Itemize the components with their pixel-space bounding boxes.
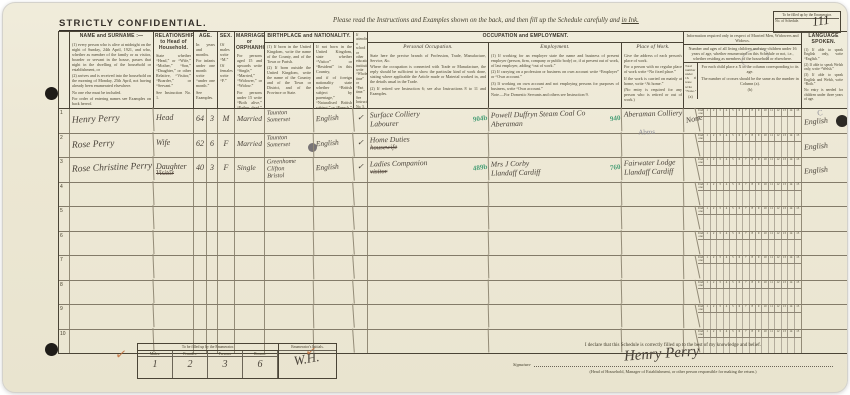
- relationship-cell: [154, 183, 194, 207]
- checker-tick-left: ✓: [114, 346, 128, 364]
- header-personal-occupation: Personal Occupation. State here the prec…: [368, 43, 489, 108]
- header-education-fineprint: If attending a school or other education…: [354, 32, 367, 108]
- age-grid-labels: Under one123456789101112131415: [698, 232, 801, 240]
- relationship-cell: [154, 305, 194, 329]
- table-row: 9: [59, 305, 847, 330]
- age-months-cell: [207, 256, 218, 280]
- table-row: 4: [59, 183, 847, 208]
- text-line: Aberaman: [491, 117, 619, 129]
- place-of-work-cell: [622, 133, 685, 158]
- education-tick-cell: [354, 281, 368, 305]
- schedule-number-value: 111: [811, 12, 831, 30]
- occupation-cell: [368, 181, 490, 208]
- relationship-cell: Daughter Visitor: [154, 158, 194, 182]
- employment-cell: [489, 230, 623, 257]
- age-grid-cell: [795, 117, 801, 133]
- header-age-fineprint: In years and months.For infants under on…: [194, 41, 217, 102]
- header-birthplace-right: If not born in the United Kingdom, state…: [314, 43, 354, 108]
- sex-cell: F: [218, 158, 235, 182]
- text-line: Of females write “F.”: [220, 63, 232, 83]
- place-of-work-cell: [622, 182, 685, 207]
- place-of-work-cell: Fairwater LodgeLlandaff Cardiff: [622, 157, 685, 182]
- employment-value: Powell Duffryn Steam Coal CoAberaman: [491, 108, 619, 129]
- text-line: (No entry is required for any person who…: [624, 87, 682, 102]
- declaration-block: I declare that this Schedule is correctl…: [513, 343, 833, 374]
- children-age-grid: Under one123456789101112131415: [698, 109, 802, 133]
- header-sex-fineprint: Of males write “M.”Of females write “F.”: [218, 41, 234, 86]
- header-personal-occupation-fineprint: State here the precise branch of Profess…: [368, 52, 488, 98]
- language-cell: [801, 303, 846, 330]
- marriage-cell: [235, 183, 265, 207]
- sex-cell: [218, 281, 235, 305]
- header-dependency-info: Information required only in respect of …: [684, 32, 801, 45]
- nationality-cell: [313, 230, 355, 256]
- enumerator-count-value: 3: [208, 357, 243, 378]
- age-grid-cells: [698, 289, 801, 305]
- header-dependency-each1: For each child place a X in the column c…: [698, 63, 802, 75]
- employment-code: 940: [609, 114, 620, 123]
- occupation-cell: [368, 328, 490, 355]
- employment-cell: [489, 205, 623, 232]
- header-rownum: [59, 32, 70, 108]
- language-cell: [801, 254, 846, 281]
- marriage-cell: Married: [235, 134, 265, 158]
- relationship-value: Head: [156, 113, 173, 122]
- age-months-cell: 6: [207, 134, 218, 158]
- ink-instruction-ink: in Ink.: [622, 17, 639, 24]
- header-personal-occupation-title: Personal Occupation.: [368, 43, 488, 52]
- name-cell: [70, 279, 155, 306]
- place-of-work-cell: [622, 280, 685, 305]
- header-language-title: LANGUAGE SPOKEN.: [802, 32, 845, 47]
- confidential-heading: STRICTLY CONFIDENTIAL.: [59, 13, 207, 31]
- header-name-fineprint: (1) every person who is alive at midnigh…: [70, 41, 153, 108]
- age-grid-cells: [698, 240, 801, 256]
- nationality-cell: [313, 255, 355, 281]
- text-line: State whether “Head,” or “Wife,” “Mother…: [156, 53, 191, 88]
- sex-cell: [218, 305, 235, 329]
- age-grid-labels: Under one123456789101112131415: [698, 109, 801, 117]
- row-number: 6: [59, 232, 70, 256]
- header-dependency-each2: The number of crosses should be the same…: [698, 75, 802, 87]
- enumerator-initials-value: W.H.: [277, 346, 338, 382]
- employment-cell: [489, 132, 623, 159]
- text-line: Where the occupation is connected with T…: [370, 64, 486, 84]
- age-grid-label: 15: [795, 134, 801, 141]
- text-line: For a person with no regular place of wo…: [624, 64, 682, 74]
- text-line: (1) every person who is alive at midnigh…: [72, 42, 151, 72]
- table-row: 2 Rose Perry Wife 62 6 F Married Taunton…: [59, 134, 847, 159]
- language-cell: English: [801, 156, 846, 183]
- relationship-cell: [154, 207, 194, 231]
- language-cell: [801, 279, 846, 306]
- signature-line: Henry Perry: [534, 354, 833, 367]
- children-age-grid: Under one123456789101112131415: [698, 207, 802, 231]
- header-sex-title: SEX.: [218, 32, 234, 41]
- table-row: 5: [59, 207, 847, 232]
- text-line: For persons under 15 write “Both alive,”…: [237, 90, 262, 108]
- education-tick-cell: ✓: [354, 158, 368, 182]
- text-line: In years and months.: [196, 42, 215, 57]
- language-cell: [801, 230, 846, 257]
- age-months-cell: [207, 207, 218, 231]
- age-years-cell: [194, 281, 207, 305]
- sex-cell: [218, 183, 235, 207]
- age-months-cell: [207, 281, 218, 305]
- education-tick-cell: ✓: [354, 134, 368, 158]
- row-number: 10: [59, 330, 70, 354]
- children-age-grid: Under one123456789101112131415: [698, 305, 802, 329]
- employment-cell: [489, 181, 623, 208]
- row-number: 4: [59, 183, 70, 207]
- row-number: 7: [59, 256, 70, 280]
- nationality-cell: [313, 279, 355, 305]
- row-number: 8: [59, 281, 70, 305]
- age-months-cell: 3: [207, 109, 218, 133]
- text-line: (3) If able to speak English and Welsh, …: [804, 73, 843, 87]
- sex-cell: [218, 256, 235, 280]
- place-of-work-value: Aberaman Colliery: [624, 109, 681, 119]
- marriage-cell: [235, 232, 265, 256]
- header-language: LANGUAGE SPOKEN. (1) If able to speak En…: [802, 32, 845, 108]
- signature-row: Signature Henry Perry: [513, 354, 833, 367]
- screenshot-root: { "header": { "confidential": "STRICTLY …: [0, 0, 850, 395]
- enumerator-count-values: 1236: [138, 357, 278, 378]
- name-cell: [70, 303, 155, 330]
- name-cell: Henry Perry: [70, 107, 155, 134]
- occupation-cell: Home Duties housewife: [368, 132, 490, 159]
- children-age-grid: Under one123456789101112131415: [698, 158, 802, 182]
- age-grid-label: 15: [795, 281, 801, 288]
- employment-value: Mrs J CorbyLlandaff Cardiff: [491, 157, 619, 178]
- enumerator-counts: To be filled up by the Enumerator. Males…: [138, 344, 279, 378]
- age-grid-cells: [698, 313, 801, 329]
- header-place-of-work-fineprint: Give the address of each person's place …: [622, 52, 684, 105]
- employment-cell: [489, 303, 623, 330]
- birthplace-cell: [265, 280, 315, 305]
- text-line: See Examples.: [196, 90, 215, 100]
- language-cell: [801, 205, 846, 232]
- header-birthplace-title: BIRTHPLACE and NATIONALITY.: [265, 32, 353, 43]
- relationship-struck: Visitor: [156, 170, 191, 177]
- header-occupation-title: OCCUPATION and EMPLOYMENT.: [368, 32, 683, 43]
- occupation-cell: [368, 303, 490, 330]
- nationality-cell: English: [313, 108, 355, 134]
- occupation-cell: [368, 254, 490, 281]
- birthplace-cell: [265, 255, 315, 280]
- header-age: AGE. In years and months.For infants und…: [194, 32, 218, 108]
- census-schedule-scan: STRICTLY CONFIDENTIAL. Please read the I…: [2, 2, 848, 393]
- text-line: Of males write “M.”: [220, 42, 232, 62]
- name-cell: [70, 254, 155, 281]
- row-number: 3: [59, 158, 70, 182]
- confidential-label: STRICTLY CONFIDENTIAL.: [59, 18, 207, 32]
- education-tick-cell: [354, 232, 368, 256]
- table-header: NAME and SURNAME :— (1) every person who…: [59, 32, 847, 109]
- age-months-cell: 3: [207, 158, 218, 182]
- age-grid-labels: Under one123456789101112131415: [698, 207, 801, 215]
- row-number: 9: [59, 305, 70, 329]
- ink-instruction-main: Please read the Instructions and Example…: [333, 17, 622, 24]
- text-line: See Instruction No. 1.: [156, 90, 191, 100]
- nationality-cell: English: [313, 157, 355, 183]
- birthplace-cell: TauntonSomerset: [265, 133, 315, 158]
- enumerator-initials-box: Enumerator's Initials. W.H.: [279, 344, 336, 378]
- education-tick-cell: [354, 256, 368, 280]
- language-value: English: [804, 165, 829, 176]
- age-grid-cells: [698, 215, 801, 231]
- place-of-work-cell: [622, 255, 685, 280]
- text-line: Llandaff Cardiff: [491, 166, 619, 178]
- text-line: State here the precise branch of Profess…: [370, 53, 486, 63]
- age-years-cell: 40: [194, 158, 207, 182]
- sex-cell: [218, 232, 235, 256]
- age-grid-cell: [795, 313, 801, 329]
- occupation-cell: Ladies Companion visitor 489b: [368, 156, 490, 183]
- education-tick-cell: [354, 330, 368, 354]
- text-line: Llandaff Cardiff: [624, 167, 681, 177]
- header-occupation-group: OCCUPATION and EMPLOYMENT. Personal Occu…: [368, 32, 684, 108]
- schedule-number-box: To be filled up by the Enumerator. No. o…: [773, 11, 841, 33]
- header-marriage-title: MARRIAGE or ORPHANHOOD.: [235, 32, 264, 52]
- birthplace-cell: GreenhomeCliftonBristol: [265, 157, 315, 182]
- text-line: See Instruction No. 5.: [356, 96, 365, 108]
- age-grid-cell: [795, 166, 801, 182]
- age-grid-cell: [795, 240, 801, 256]
- header-dependency-total: Total number under 16. If none write “No…: [684, 63, 698, 99]
- age-grid-cells: [698, 191, 801, 207]
- header-name-title: NAME and SURNAME :—: [70, 32, 153, 41]
- age-years-cell: 64: [194, 109, 207, 133]
- children-age-grid: Under one123456789101112131415: [698, 256, 802, 280]
- age-grid-labels: Under one123456789101112131415: [698, 281, 801, 289]
- age-grid-cells: [698, 166, 801, 182]
- text-line: For persons aged 15 and upwards write “S…: [237, 53, 262, 88]
- table-body: 1 Henry Perry Head 64 3 M Married Taunto…: [59, 109, 847, 353]
- text-line: For order of entering names see Examples…: [72, 96, 151, 106]
- age-grid-cell: [795, 142, 801, 158]
- header-dependency-b: (b): [698, 87, 802, 92]
- text-line: (2) If retired see Instruction 6; see al…: [370, 86, 486, 96]
- birthplace-cell: TauntonSomerset: [265, 108, 315, 133]
- education-tick-cell: ✓: [354, 109, 368, 133]
- header-place-of-work-title: Place of Work.: [622, 43, 684, 52]
- header-birthplace: BIRTHPLACE and NATIONALITY. (1) If born …: [265, 32, 354, 108]
- text-line: Note.—For Domestic Servants and others s…: [491, 92, 619, 97]
- table-row: 3 Rose Christine Perry Daughter Visitor …: [59, 158, 847, 183]
- schedule-table: NAME and SURNAME :— (1) every person who…: [58, 31, 848, 354]
- occupation-cell: [368, 230, 490, 257]
- header-relationship-fineprint: State whether “Head,” or “Wife,” “Mother…: [154, 52, 193, 102]
- age-grid-labels: Under one123456789101112131415: [698, 183, 801, 191]
- header-marriage: MARRIAGE or ORPHANHOOD. For persons aged…: [235, 32, 265, 108]
- header-sex: SEX. Of males write “M.”Of females write…: [218, 32, 235, 108]
- language-cell: [801, 181, 846, 208]
- text-line: (1) If able to speak English only, write…: [804, 48, 843, 62]
- text-line: (3) If working on own account and not em…: [491, 81, 619, 91]
- birthplace-cell: [265, 231, 315, 256]
- text-line: No entry is needed for children under th…: [804, 88, 843, 102]
- education-tick-cell: [354, 305, 368, 329]
- age-years-cell: [194, 256, 207, 280]
- declaration-note: (Head of Household, Manager of Establish…: [513, 369, 833, 374]
- education-tick-cell: [354, 183, 368, 207]
- relationship-cell: [154, 256, 194, 280]
- enumerator-box-title: To be filled up by the Enumerator.: [138, 344, 278, 351]
- language-cell: English: [801, 132, 846, 159]
- text-line: Bristol: [267, 172, 311, 180]
- relationship-cell: Head: [154, 109, 194, 133]
- header-dependency-main: Number and ages of all living children a…: [684, 45, 801, 63]
- language-pencil-mark: C: [817, 108, 823, 117]
- row-number: 5: [59, 207, 70, 231]
- name-cell: [70, 205, 155, 232]
- language-value: English: [804, 140, 829, 151]
- place-of-work-cell: [622, 206, 685, 231]
- place-of-work-cell: [622, 304, 685, 329]
- occupation-cell: [368, 205, 490, 232]
- header-employment-fineprint: (1) If working for an employer state the…: [489, 52, 621, 100]
- age-years-cell: 62: [194, 134, 207, 158]
- employment-cell: Mrs J CorbyLlandaff Cardiff 760: [489, 156, 623, 183]
- marriage-cell: [235, 207, 265, 231]
- header-employment: Employment. (1) If working for an employ…: [489, 43, 622, 108]
- marriage-cell: [235, 281, 265, 305]
- nationality-cell: [313, 206, 355, 232]
- text-line: (2) If carrying on a profession or busin…: [491, 69, 619, 79]
- table-row: 1 Henry Perry Head 64 3 M Married Taunto…: [59, 109, 847, 134]
- education-tick-cell: [354, 207, 368, 231]
- occupation-cell: [368, 279, 490, 306]
- children-age-grid: Under one123456789101112131415: [698, 281, 802, 305]
- nationality-cell: [313, 304, 355, 330]
- name-cell: [70, 230, 155, 257]
- age-grid-labels: Under one123456789101112131415: [698, 158, 801, 166]
- enumerator-box: To be filled up by the Enumerator. Males…: [137, 343, 337, 379]
- relationship-cell: Wife: [154, 134, 194, 158]
- enumerator-count-value: 2: [173, 357, 208, 378]
- text-line: Somerset: [267, 141, 311, 149]
- text-line: Give the address of each person's place …: [624, 53, 682, 63]
- text-line: If not born in the United Kingdom, state…: [316, 44, 352, 74]
- header-age-title: AGE.: [194, 32, 217, 41]
- hole-punch-left-bottom: [45, 343, 58, 356]
- language-cell: C English: [801, 107, 846, 134]
- text-line: (1) If working for an employer state the…: [491, 53, 619, 68]
- age-years-cell: [194, 207, 207, 231]
- text-line: If the work is carried on mainly at home…: [624, 76, 682, 86]
- table-row: 7: [59, 256, 847, 281]
- header-marriage-fineprint: For persons aged 15 and upwards write “S…: [235, 52, 264, 108]
- nationality-cell: [313, 181, 355, 207]
- place-of-work-cell: [622, 231, 685, 256]
- age-grid-labels: Under one123456789101112131415: [698, 256, 801, 264]
- hole-punch-left-top: [45, 87, 58, 100]
- age-months-cell: [207, 183, 218, 207]
- place-of-work-value: Fairwater LodgeLlandaff Cardiff: [624, 158, 681, 177]
- text-line: (2) If born outside the United Kingdom, …: [267, 65, 311, 95]
- sex-cell: M: [218, 109, 235, 133]
- employment-cell: [489, 254, 623, 281]
- marriage-cell: Single: [235, 158, 265, 182]
- name-cell: Rose Christine Perry: [70, 156, 155, 183]
- row-number: 2: [59, 134, 70, 158]
- children-age-grid: Under one123456789101112131415: [698, 232, 802, 256]
- marriage-cell: Married: [235, 109, 265, 133]
- age-grid-label: 15: [795, 232, 801, 239]
- birthplace-cell: [265, 206, 315, 231]
- enumerator-count-value: 6: [243, 357, 278, 378]
- header-dependency-a: (a): [684, 94, 697, 99]
- text-line: Labourer: [370, 117, 486, 129]
- age-grid-labels: Under one123456789101112131415: [698, 134, 801, 142]
- employment-cell: Powell Duffryn Steam Coal CoAberaman 940: [489, 107, 623, 134]
- age-months-cell: [207, 232, 218, 256]
- text-line: (1) If born in the United Kingdom, write…: [267, 44, 311, 64]
- table-row: 8: [59, 281, 847, 306]
- language-value: English: [804, 116, 829, 127]
- occupation-value: Surface CollieryLabourer: [370, 108, 486, 128]
- birthplace-cell: [265, 182, 315, 207]
- text-line: and if of foreign nationality state whet…: [316, 75, 352, 108]
- table-row: 6: [59, 232, 847, 257]
- text-line: No one else must be included.: [72, 90, 151, 95]
- text-line: If attending a school or other education…: [356, 33, 365, 94]
- age-years-cell: [194, 183, 207, 207]
- sex-cell: F: [218, 134, 235, 158]
- age-grid-cells: [698, 142, 801, 158]
- header-dependency-group: Information required only in respect of …: [684, 32, 802, 108]
- text-line: (2) If able to speak Welsh only, write “…: [804, 63, 843, 72]
- employment-cell: [489, 279, 623, 306]
- relationship-cell: [154, 232, 194, 256]
- age-months-cell: [207, 305, 218, 329]
- age-grid-cell: [795, 264, 801, 280]
- text-line: Somerset: [267, 116, 311, 124]
- age-grid-cells: [698, 117, 801, 133]
- occupation-cell: Surface CollieryLabourer 904b: [368, 107, 490, 134]
- text-line: (2) arrives and is received into the hou…: [72, 73, 151, 88]
- header-employment-title: Employment.: [489, 43, 621, 52]
- header-relationship-title: RELATIONSHIP to Head of Household.: [154, 32, 193, 52]
- header-birthplace-left: (1) If born in the United Kingdom, write…: [265, 43, 314, 108]
- age-years-cell: [194, 232, 207, 256]
- age-grid-cells: [698, 264, 801, 280]
- row-number: 1: [59, 109, 70, 133]
- relationship-cell: [154, 281, 194, 305]
- header-dependency-grid: For each child place a X in the column c…: [698, 63, 802, 99]
- name-cell: Rose Perry: [70, 132, 155, 159]
- ink-instruction: Please read the Instructions and Example…: [333, 17, 639, 24]
- text-line: Aberaman Colliery: [624, 109, 681, 119]
- age-years-cell: [194, 305, 207, 329]
- age-grid-label: 15: [795, 330, 801, 337]
- relationship-value: Wife: [156, 138, 170, 147]
- age-grid-cell: [795, 215, 801, 231]
- age-grid-cell: [795, 289, 801, 305]
- age-grid-label: 15: [795, 183, 801, 190]
- employment-code: 760: [609, 163, 620, 172]
- children-age-grid: Under one123456789101112131415: [698, 183, 802, 207]
- header-place-of-work: Place of Work. Give the address of each …: [622, 43, 684, 108]
- children-age-grid: Under one123456789101112131415: [698, 134, 802, 158]
- age-grid-labels: Under one123456789101112131415: [698, 330, 801, 338]
- age-grid-cell: [795, 191, 801, 207]
- name-cell: [70, 181, 155, 208]
- signature-label: Signature: [513, 362, 531, 367]
- sex-cell: [218, 207, 235, 231]
- header-education: If attending a school or other education…: [354, 32, 368, 108]
